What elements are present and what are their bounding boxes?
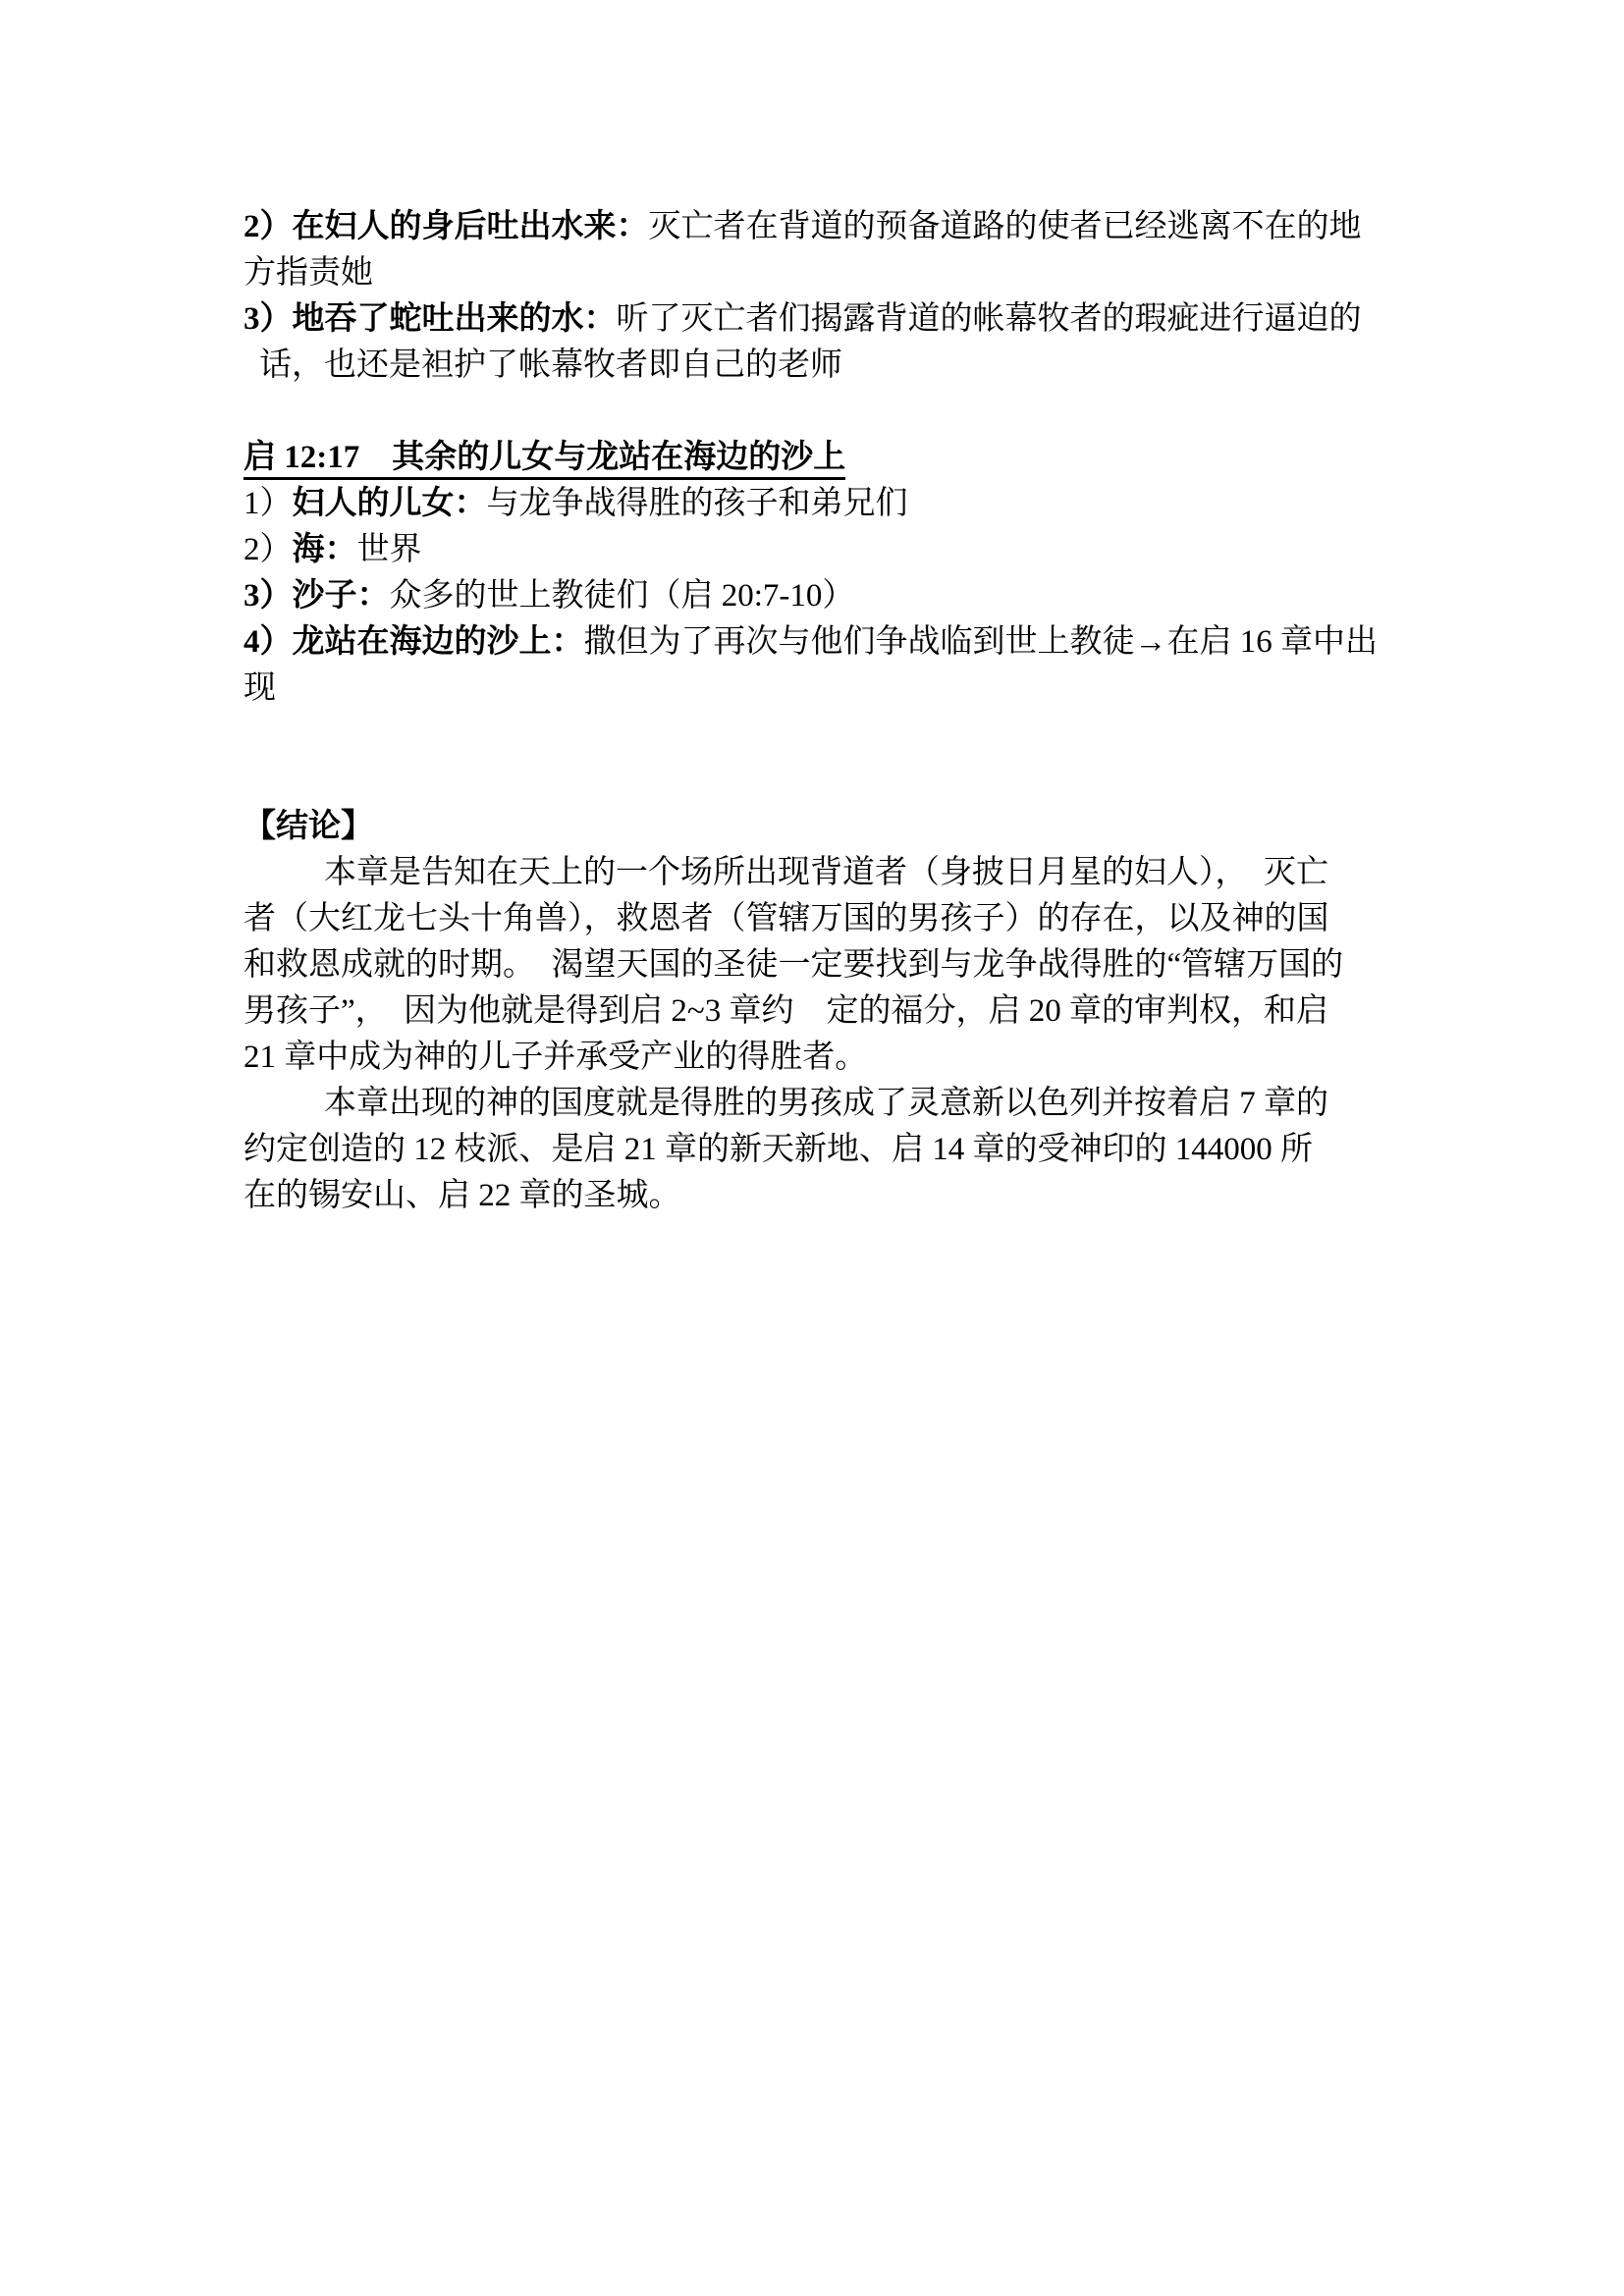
rev-item-4-line-1: 4）龙站在海边的沙上：撒但为了再次与他们争战临到世上教徒→在启 16 章中出 <box>244 619 1380 666</box>
item-number: 3） <box>244 578 293 614</box>
conclusion-title-line: 【结论】 <box>244 804 1380 850</box>
paragraph-text: 男孩子”， 因为他就是得到启 2~3 章约 定的福分，启 20 章的审判权，和启 <box>244 993 1328 1029</box>
item-label: 沙子： <box>293 578 390 614</box>
paragraph-text: 21 章中成为神的儿子并承受产业的得胜者。 <box>244 1040 867 1075</box>
conclusion-p1-line-3: 和救恩成就的时期。 渴望天国的圣徒一定要找到与龙争战得胜的“管辖万国的 <box>244 942 1380 988</box>
rev-item-4-line-2: 现 <box>244 666 1380 712</box>
conclusion-title: 【结论】 <box>244 809 373 844</box>
conclusion-p1-line-5: 21 章中成为神的儿子并承受产业的得胜者。 <box>244 1035 1380 1081</box>
item-text: 与龙争战得胜的孩子和弟兄们 <box>487 486 908 521</box>
list-item-3-line-1: 3）地吞了蛇吐出来的水：听了灭亡者们揭露背道的帐幕牧者的瑕疵进行逼迫的 <box>244 296 1380 343</box>
item-number: 2） <box>244 532 293 567</box>
rev-item-2-line: 2）海：世界 <box>244 527 1380 573</box>
item-label: 龙站在海边的沙上： <box>293 624 584 660</box>
list-item-2-line-2: 方指责她 <box>244 250 1380 296</box>
paragraph-text: 和救恩成就的时期。 渴望天国的圣徒一定要找到与龙争战得胜的“管辖万国的 <box>244 947 1343 983</box>
conclusion-p2-line-2: 约定创造的 12 枝派、是启 21 章的新天新地、启 14 章的受神印的 144… <box>244 1127 1380 1173</box>
item-text: 世界 <box>357 532 422 567</box>
blank-line <box>244 758 1380 804</box>
item-2-label: 2）在妇人的身后吐出水来： <box>244 209 649 244</box>
item-label: 妇人的儿女： <box>293 486 487 521</box>
section-heading: 启 12:17 其余的儿女与龙站在海边的沙上 <box>244 440 845 480</box>
paragraph-text: 者（大红龙七头十角兽），救恩者（管辖万国的男孩子）的存在，以及神的国 <box>244 901 1329 936</box>
paragraph-text: 本章出现的神的国度就是得胜的男孩成了灵意新以色列并按着启 7 章的 <box>324 1086 1328 1121</box>
item-3-text-continued: 话，也还是袒护了帐幕牧者即自己的老师 <box>259 347 842 383</box>
item-2-text: 灭亡者在背道的预备道路的使者已经逃离不在的地 <box>649 209 1362 244</box>
item-text: 撒但为了再次与他们争战临到世上教徒→在启 16 章中出 <box>584 624 1379 660</box>
conclusion-p2-line-3: 在的锡安山、启 22 章的圣城。 <box>244 1173 1380 1219</box>
rev-item-1-line: 1）妇人的儿女：与龙争战得胜的孩子和弟兄们 <box>244 481 1380 527</box>
item-2-text-continued: 方指责她 <box>244 255 373 291</box>
item-number: 1） <box>244 486 293 521</box>
item-text: 众多的世上教徒们（启 20:7-10） <box>390 578 855 614</box>
blank-line <box>244 389 1380 435</box>
item-3-text: 听了灭亡者们揭露背道的帐幕牧者的瑕疵进行逼迫的 <box>617 301 1362 337</box>
paragraph-text: 本章是告知在天上的一个场所出现背道者（身披日月星的妇人）， 灭亡 <box>324 855 1328 890</box>
document-content: 2）在妇人的身后吐出水来：灭亡者在背道的预备道路的使者已经逃离不在的地 方指责她… <box>244 204 1380 1219</box>
blank-line <box>244 712 1380 758</box>
document-page: 2）在妇人的身后吐出水来：灭亡者在背道的预备道路的使者已经逃离不在的地 方指责她… <box>0 0 1624 2296</box>
section-heading-line: 启 12:17 其余的儿女与龙站在海边的沙上 <box>244 435 1380 481</box>
conclusion-p1-line-2: 者（大红龙七头十角兽），救恩者（管辖万国的男孩子）的存在，以及神的国 <box>244 896 1380 942</box>
list-item-2-line-1: 2）在妇人的身后吐出水来：灭亡者在背道的预备道路的使者已经逃离不在的地 <box>244 204 1380 250</box>
item-text-continued: 现 <box>244 670 276 706</box>
conclusion-p1-line-1: 本章是告知在天上的一个场所出现背道者（身披日月星的妇人）， 灭亡 <box>244 850 1380 896</box>
item-label: 海： <box>293 532 357 567</box>
conclusion-p1-line-4: 男孩子”， 因为他就是得到启 2~3 章约 定的福分，启 20 章的审判权，和启 <box>244 988 1380 1035</box>
paragraph-text: 在的锡安山、启 22 章的圣城。 <box>244 1178 681 1213</box>
list-item-3-line-2: 话，也还是袒护了帐幕牧者即自己的老师 <box>244 343 1380 389</box>
conclusion-p2-line-1: 本章出现的神的国度就是得胜的男孩成了灵意新以色列并按着启 7 章的 <box>244 1081 1380 1127</box>
item-number: 4） <box>244 624 293 660</box>
item-3-label: 3）地吞了蛇吐出来的水： <box>244 301 617 337</box>
rev-item-3-line: 3）沙子：众多的世上教徒们（启 20:7-10） <box>244 573 1380 619</box>
paragraph-text: 约定创造的 12 枝派、是启 21 章的新天新地、启 14 章的受神印的 144… <box>244 1132 1313 1167</box>
